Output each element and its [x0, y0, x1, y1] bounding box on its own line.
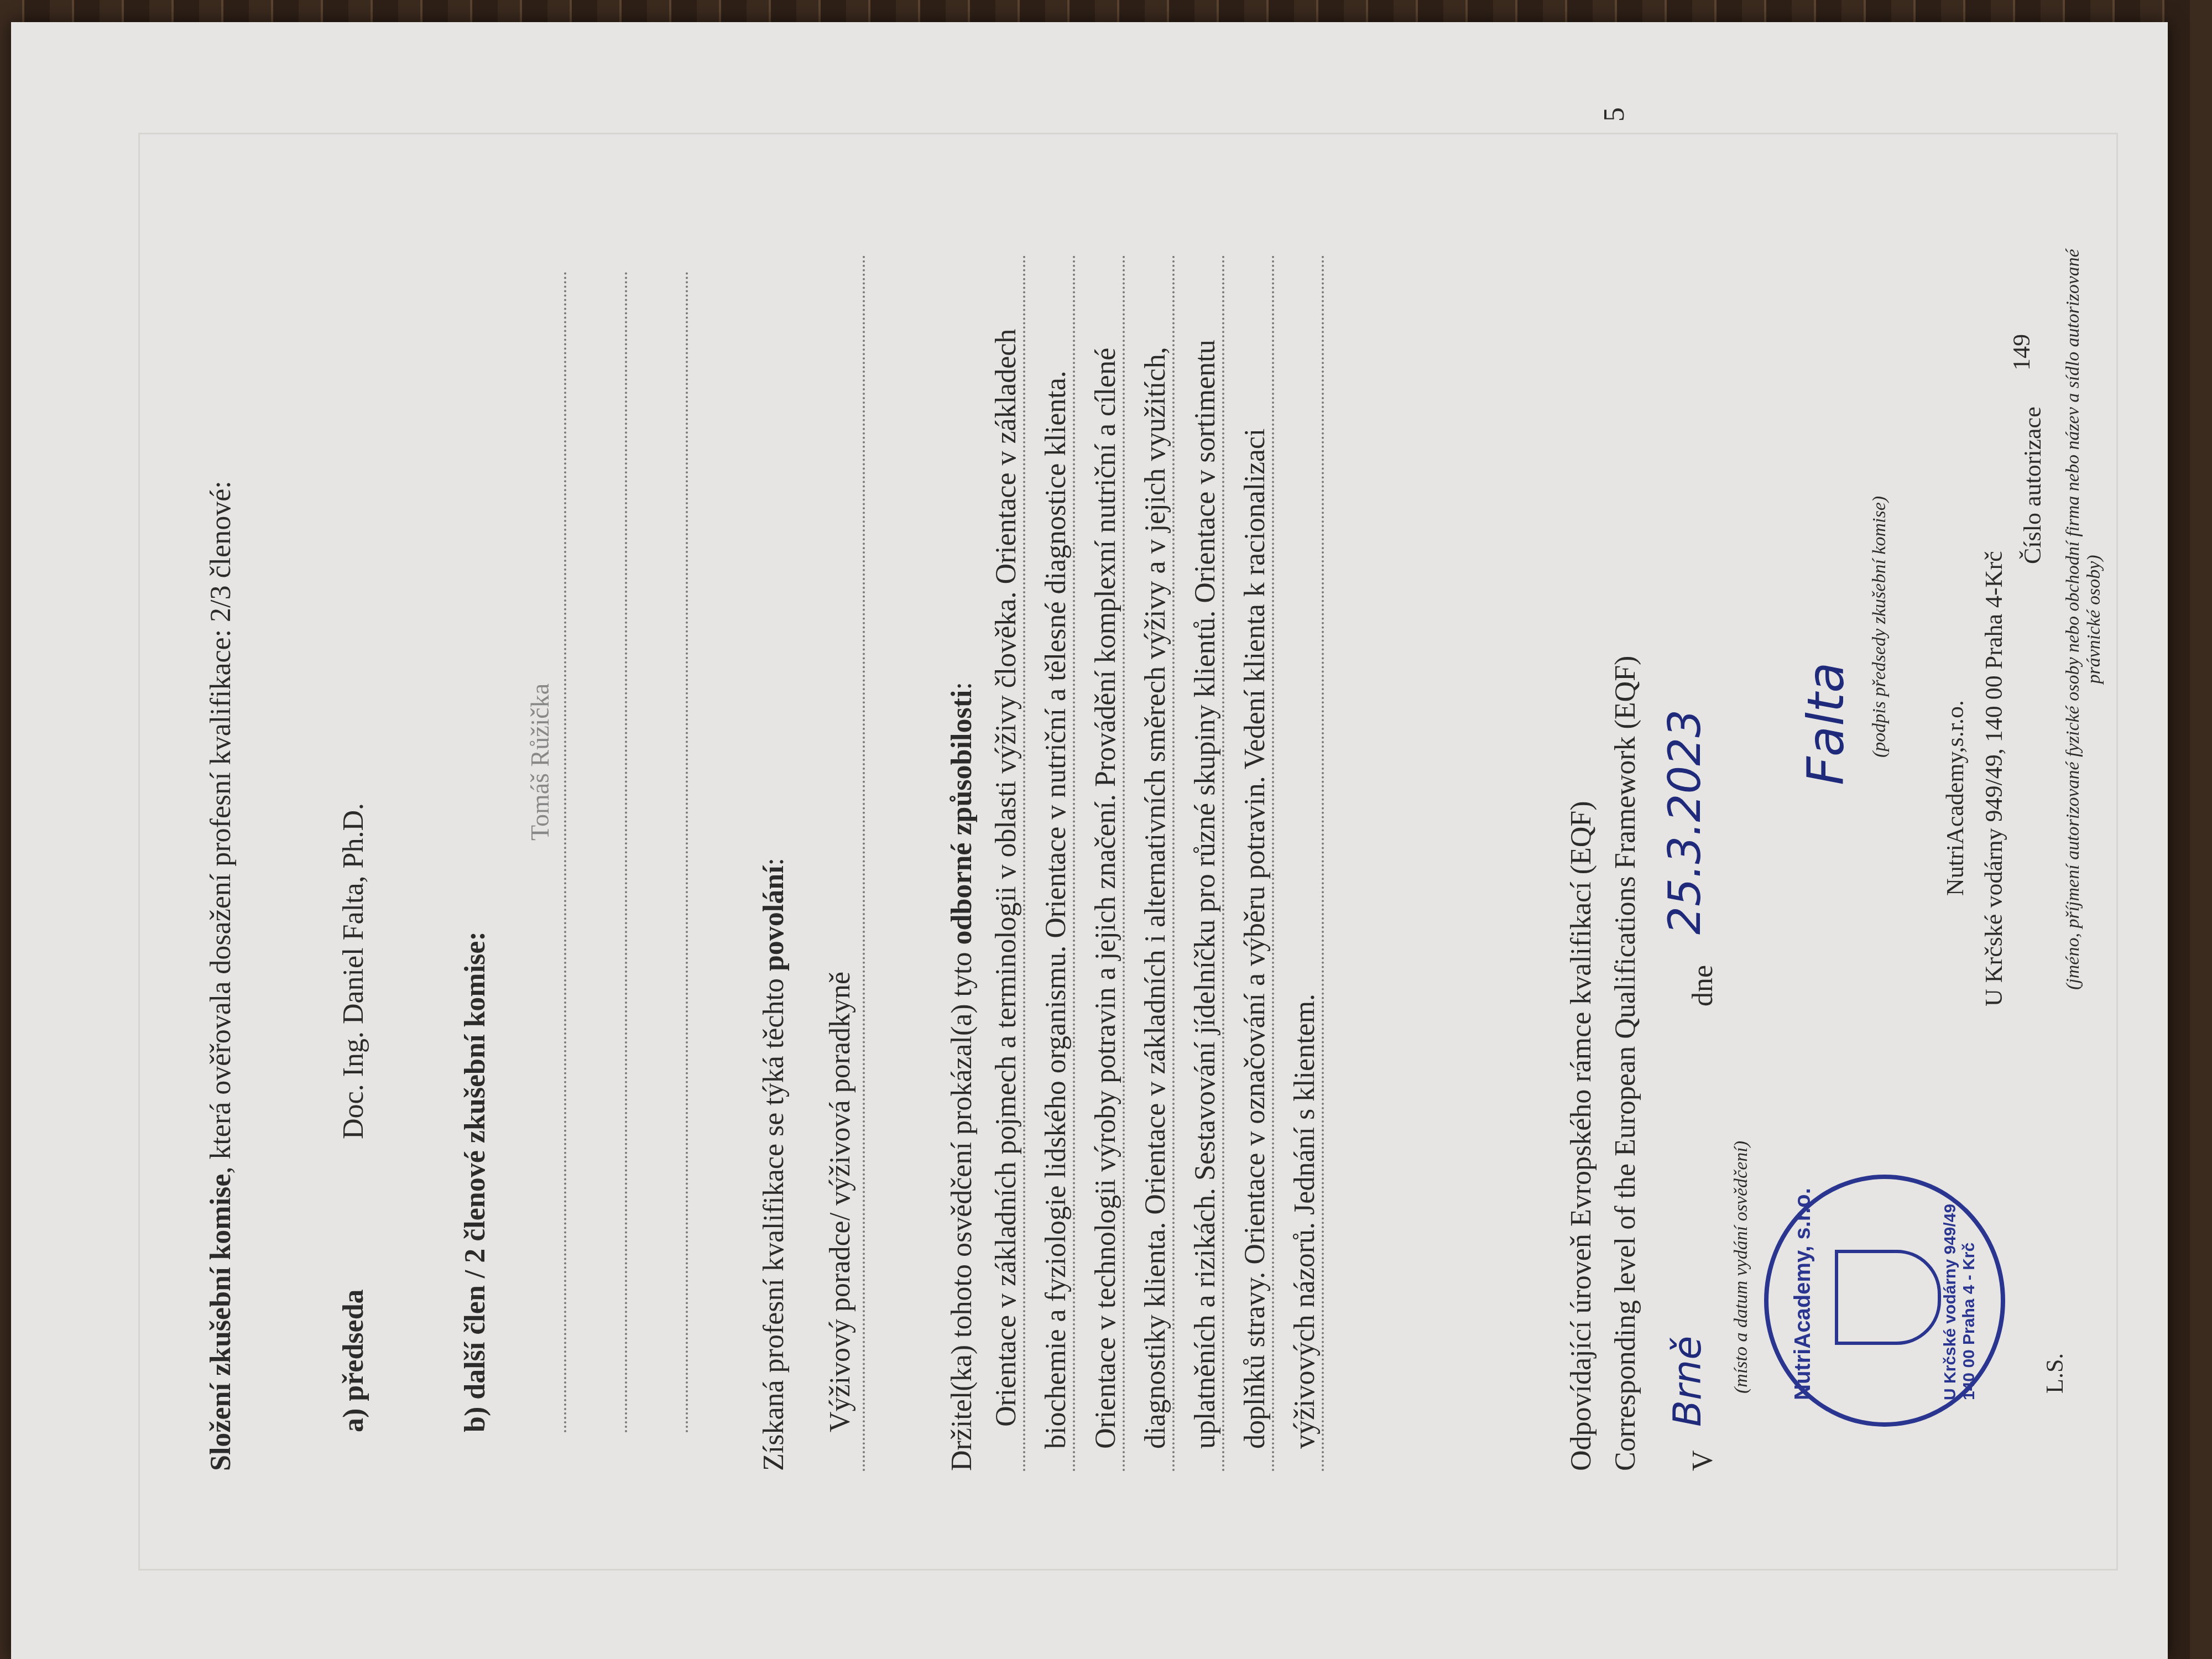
competency-rule [1073, 254, 1075, 1471]
competencies-intro: Držitel(ka) tohoto osvědčení prokázal(a)… [946, 682, 978, 1471]
auth-label: Číslo autorizace [2018, 406, 2047, 564]
profession-intro-bold: povolání [758, 865, 790, 971]
profession-line [863, 254, 865, 1471]
authority-name: NutriAcademy,s.r.o. [1941, 700, 1969, 896]
eqf-label-cz: Odpovídající úroveň Evropského rámce kva… [1565, 801, 1598, 1471]
profession-intro-prefix: Získaná profesní kvalifikace se týká těc… [758, 971, 790, 1471]
competency-rule [1322, 254, 1324, 1471]
competency-rule [1123, 254, 1125, 1471]
commission-heading-rest: , která ověřovala dosažení profesní kval… [205, 481, 237, 1173]
authority-address: U Krčské vodárny 949/49, 140 00 Praha 4-… [1980, 551, 2008, 1006]
competency-rule [1272, 254, 1274, 1471]
stamp-top-text: NutriAcademy, s.r.o. [1791, 1188, 1815, 1400]
competencies-intro-bold: odborné způsobilosti [946, 690, 978, 945]
chair-name: Doc. Ing. Daniel Falta, Ph.D. [337, 803, 370, 1139]
competency-line: uplatněních a rizikách. Sestavování jíde… [1189, 340, 1222, 1449]
signature-caption: (podpis předsedy zkušební komise) [1869, 496, 1890, 758]
competencies-intro-suffix: : [946, 682, 978, 690]
crest-icon [1835, 1250, 1941, 1345]
competency-line: Orientace v technologii výroby potravin … [1089, 348, 1122, 1449]
stamp-bottom-text: U Krčské vodárny 949/49, 140 00 Praha 4 … [1941, 1179, 1979, 1400]
members-label: b) další člen / 2 členové zkušební komis… [459, 931, 492, 1432]
competency-rule [1023, 254, 1025, 1471]
competency-line: Orientace v základních pojmech a termino… [990, 329, 1022, 1427]
date-prefix: dne [1687, 965, 1719, 1006]
place-prefix: V [1687, 1450, 1719, 1471]
certificate-sheet: Složení zkušební komise, která ověřovala… [11, 22, 2168, 1659]
profession-intro: Získaná profesní kvalifikace se týká těc… [758, 858, 790, 1471]
member-line-3 [686, 271, 688, 1432]
profession-intro-suffix: : [758, 858, 790, 865]
date-value: 25.3.2023 [1659, 709, 1710, 935]
commission-heading-bold: Složení zkušební komise [205, 1174, 237, 1471]
member-line-1 [564, 271, 566, 1432]
eqf-label-en: Corresponding level of the European Qual… [1609, 656, 1642, 1471]
place-value: Brně [1665, 1336, 1710, 1427]
member-line-2 [625, 271, 627, 1432]
competency-line: biochemie a fyziologie lidského organism… [1040, 371, 1072, 1449]
chair-label: a) předseda [337, 1289, 370, 1432]
competencies-intro-prefix: Držitel(ka) tohoto osvědčení prokázal(a)… [946, 945, 978, 1471]
official-stamp: NutriAcademy, s.r.o. U Krčské vodárny 94… [1764, 1175, 2005, 1427]
competency-rule [1222, 254, 1224, 1471]
certificate-page: Složení zkušební komise, která ověřovala… [105, 88, 2151, 1615]
competency-line: diagnostiky klienta. Orientace v základn… [1139, 347, 1172, 1449]
competency-rule [1172, 254, 1175, 1471]
auth-number: 149 [2007, 334, 2036, 371]
authority-footnote: (jméno, příjmení autorizované fyzické os… [2063, 232, 2105, 1006]
commission-heading: Složení zkušební komise, která ověřovala… [205, 481, 237, 1471]
eqf-level: 5 [1598, 107, 1631, 122]
ls-mark: L.S. [2041, 1353, 2069, 1394]
competency-line: výživových názorů. Jednání s klientem. [1288, 994, 1321, 1449]
competency-line: doplňků stravy. Orientace v označování a… [1239, 429, 1271, 1449]
chair-signature: Falta [1797, 662, 1855, 785]
place-date-caption: (místo a datum vydání osvědčení) [1731, 1141, 1752, 1394]
profession-value: Výživový poradce/ výživová poradkyně [824, 972, 857, 1432]
member-name: Tomáš Růžička [525, 684, 555, 841]
